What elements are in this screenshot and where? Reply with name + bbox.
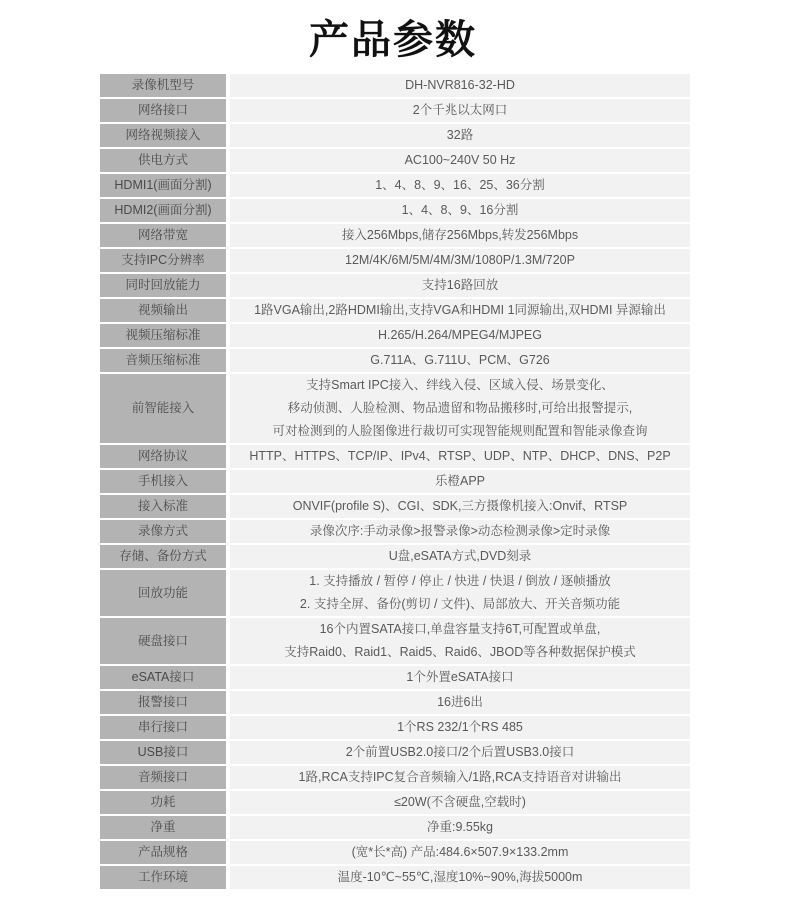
spec-value: 1路VGA输出,2路HDMI输出,支持VGA和HDMI 1同源输出,双HDMI …	[230, 299, 690, 322]
table-row: 支持IPC分辨率12M/4K/6M/5M/4M/3M/1080P/1.3M/72…	[100, 249, 690, 272]
spec-value: DH-NVR816-32-HD	[230, 74, 690, 97]
table-row: USB接口2个前置USB2.0接口/2个后置USB3.0接口	[100, 741, 690, 764]
spec-value: ≤20W(不含硬盘,空载时)	[230, 791, 690, 814]
spec-label: 音频接口	[100, 766, 226, 789]
table-row: 净重净重:9.55kg	[100, 816, 690, 839]
table-row: eSATA接口1个外置eSATA接口	[100, 666, 690, 689]
spec-label: USB接口	[100, 741, 226, 764]
spec-value: 温度-10℃~55℃,湿度10%~90%,海拔5000m	[230, 866, 690, 889]
spec-label: 同时回放能力	[100, 274, 226, 297]
spec-value: AC100~240V 50 Hz	[230, 149, 690, 172]
spec-label: 网络接口	[100, 99, 226, 122]
spec-value: 16进6出	[230, 691, 690, 714]
spec-label: 支持IPC分辨率	[100, 249, 226, 272]
spec-label: 手机接入	[100, 470, 226, 493]
spec-value: 接入256Mbps,储存256Mbps,转发256Mbps	[230, 224, 690, 247]
spec-value: 1. 支持播放 / 暂停 / 停止 / 快进 / 快退 / 倒放 / 逐帧播放 …	[230, 570, 690, 616]
table-row: 功耗≤20W(不含硬盘,空载时)	[100, 791, 690, 814]
table-row: 硬盘接口16个内置SATA接口,单盘容量支持6T,可配置或单盘, 支持Raid0…	[100, 618, 690, 664]
table-row: 报警接口16进6出	[100, 691, 690, 714]
spec-value: 2个千兆以太网口	[230, 99, 690, 122]
spec-label: 网络视频接入	[100, 124, 226, 147]
table-row: 音频压缩标准G.711A、G.711U、PCM、G726	[100, 349, 690, 372]
spec-value: 32路	[230, 124, 690, 147]
spec-label: 功耗	[100, 791, 226, 814]
table-row: 供电方式AC100~240V 50 Hz	[100, 149, 690, 172]
spec-label: 报警接口	[100, 691, 226, 714]
spec-value: HTTP、HTTPS、TCP/IP、IPv4、RTSP、UDP、NTP、DHCP…	[230, 445, 690, 468]
spec-value: 录像次序:手动录像>报警录像>动态检测录像>定时录像	[230, 520, 690, 543]
spec-value: 1、4、8、9、16分割	[230, 199, 690, 222]
spec-value: 12M/4K/6M/5M/4M/3M/1080P/1.3M/720P	[230, 249, 690, 272]
spec-label: 产品规格	[100, 841, 226, 864]
table-row: 网络协议HTTP、HTTPS、TCP/IP、IPv4、RTSP、UDP、NTP、…	[100, 445, 690, 468]
spec-label: 网络协议	[100, 445, 226, 468]
table-row: 录像机型号DH-NVR816-32-HD	[100, 74, 690, 97]
spec-value: G.711A、G.711U、PCM、G726	[230, 349, 690, 372]
spec-label: 供电方式	[100, 149, 226, 172]
spec-label: 硬盘接口	[100, 618, 226, 664]
spec-value: 支持16路回放	[230, 274, 690, 297]
spec-value: (宽*长*高) 产品:484.6×507.9×133.2mm	[230, 841, 690, 864]
table-row: 回放功能1. 支持播放 / 暂停 / 停止 / 快进 / 快退 / 倒放 / 逐…	[100, 570, 690, 616]
table-row: 存储、备份方式U盘,eSATA方式,DVD刻录	[100, 545, 690, 568]
table-row: 产品规格(宽*长*高) 产品:484.6×507.9×133.2mm	[100, 841, 690, 864]
spec-label: HDMI2(画面分割)	[100, 199, 226, 222]
page-title: 产品参数	[0, 0, 786, 74]
spec-value: ONVIF(profile S)、CGI、SDK,三方摄像机接入:Onvif、R…	[230, 495, 690, 518]
spec-label: 回放功能	[100, 570, 226, 616]
spec-value: 乐橙APP	[230, 470, 690, 493]
table-row: 前智能接入支持Smart IPC接入、绊线入侵、区域入侵、场景变化、 移动侦测、…	[100, 374, 690, 443]
spec-label: 存储、备份方式	[100, 545, 226, 568]
table-row: HDMI2(画面分割)1、4、8、9、16分割	[100, 199, 690, 222]
spec-value: 1个RS 232/1个RS 485	[230, 716, 690, 739]
table-row: HDMI1(画面分割)1、4、8、9、16、25、36分割	[100, 174, 690, 197]
spec-value: H.265/H.264/MPEG4/MJPEG	[230, 324, 690, 347]
spec-label: 前智能接入	[100, 374, 226, 443]
table-row: 音频接口1路,RCA支持IPC复合音频输入/1路,RCA支持语音对讲输出	[100, 766, 690, 789]
spec-label: 录像机型号	[100, 74, 226, 97]
table-row: 网络接口2个千兆以太网口	[100, 99, 690, 122]
table-row: 网络视频接入32路	[100, 124, 690, 147]
spec-label: 录像方式	[100, 520, 226, 543]
spec-value: 1个外置eSATA接口	[230, 666, 690, 689]
table-row: 视频输出1路VGA输出,2路HDMI输出,支持VGA和HDMI 1同源输出,双H…	[100, 299, 690, 322]
spec-label: HDMI1(画面分割)	[100, 174, 226, 197]
spec-value: 支持Smart IPC接入、绊线入侵、区域入侵、场景变化、 移动侦测、人脸检测、…	[230, 374, 690, 443]
spec-label: 串行接口	[100, 716, 226, 739]
spec-value: 净重:9.55kg	[230, 816, 690, 839]
spec-label: eSATA接口	[100, 666, 226, 689]
spec-value: 16个内置SATA接口,单盘容量支持6T,可配置或单盘, 支持Raid0、Rai…	[230, 618, 690, 664]
table-row: 接入标准ONVIF(profile S)、CGI、SDK,三方摄像机接入:Onv…	[100, 495, 690, 518]
table-row: 串行接口1个RS 232/1个RS 485	[100, 716, 690, 739]
spec-label: 接入标准	[100, 495, 226, 518]
table-row: 网络带宽接入256Mbps,储存256Mbps,转发256Mbps	[100, 224, 690, 247]
spec-label: 音频压缩标准	[100, 349, 226, 372]
table-row: 录像方式录像次序:手动录像>报警录像>动态检测录像>定时录像	[100, 520, 690, 543]
spec-value: 1、4、8、9、16、25、36分割	[230, 174, 690, 197]
spec-label: 视频输出	[100, 299, 226, 322]
spec-label: 净重	[100, 816, 226, 839]
table-row: 视频压缩标准H.265/H.264/MPEG4/MJPEG	[100, 324, 690, 347]
spec-label: 网络带宽	[100, 224, 226, 247]
spec-label: 视频压缩标准	[100, 324, 226, 347]
spec-value: U盘,eSATA方式,DVD刻录	[230, 545, 690, 568]
spec-table: 录像机型号DH-NVR816-32-HD网络接口2个千兆以太网口网络视频接入32…	[100, 74, 690, 889]
spec-value: 1路,RCA支持IPC复合音频输入/1路,RCA支持语音对讲输出	[230, 766, 690, 789]
spec-label: 工作环境	[100, 866, 226, 889]
table-row: 手机接入乐橙APP	[100, 470, 690, 493]
table-row: 工作环境温度-10℃~55℃,湿度10%~90%,海拔5000m	[100, 866, 690, 889]
table-row: 同时回放能力支持16路回放	[100, 274, 690, 297]
spec-value: 2个前置USB2.0接口/2个后置USB3.0接口	[230, 741, 690, 764]
product-spec-page: 产品参数 录像机型号DH-NVR816-32-HD网络接口2个千兆以太网口网络视…	[0, 0, 786, 900]
